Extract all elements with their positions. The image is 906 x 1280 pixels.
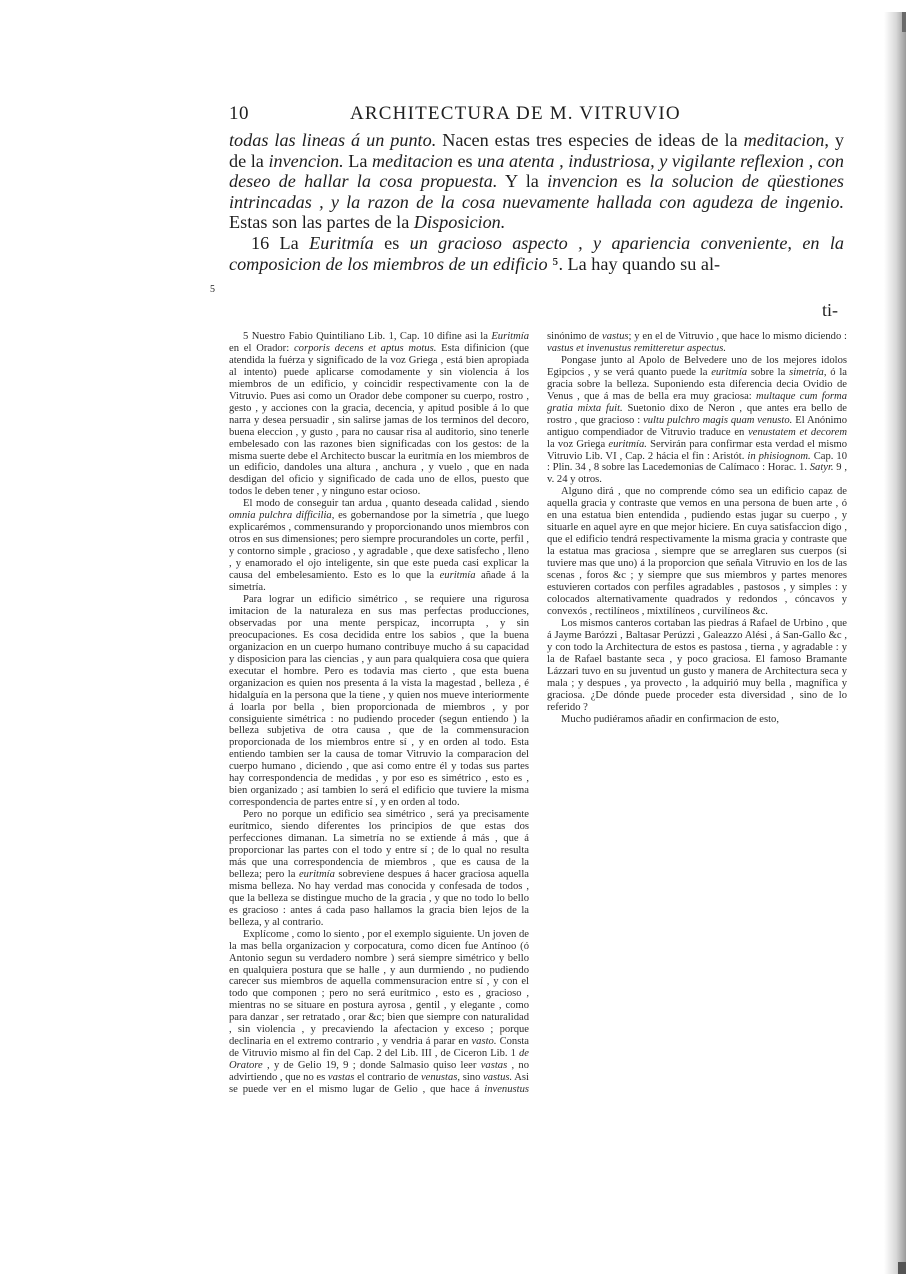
footnote-paragraph: 5 Nuestro Fabio Quintiliano Lib. 1, Cap.… <box>229 331 529 498</box>
page-number: 10 <box>229 103 249 125</box>
footnote-paragraph: Para lograr un edificio simétrico , se r… <box>229 594 529 809</box>
footnote-paragraph: Los mismos canteros cortaban las piedras… <box>547 618 847 714</box>
main-paragraph-16: 16 La Euritmía es un gracioso aspecto , … <box>229 233 844 274</box>
main-paragraph-continuation: todas las lineas á un punto. Nacen estas… <box>229 130 844 233</box>
footnote-paragraph: El modo de conseguir tan ardua , quanto … <box>229 498 529 594</box>
page-edge-mark <box>898 1262 906 1274</box>
catch-word: ti- <box>822 300 838 321</box>
footnote-paragraph: Pongase junto al Apolo de Belvedere uno … <box>547 355 847 486</box>
footnote-paragraph: Alguno dirá , que no comprende cómo sea … <box>547 486 847 617</box>
footnote-paragraph: Pero no porque un edificio sea simétrico… <box>229 809 529 929</box>
page-binding-shadow <box>884 12 906 1274</box>
main-text: todas las lineas á un punto. Nacen estas… <box>229 130 844 274</box>
footnote-paragraph: Mucho pudiéramos añadir en confirmacion … <box>547 714 847 726</box>
margin-note-marker: 5 <box>210 284 215 295</box>
running-head: 10 ARCHITECTURA DE M. VITRUVIO <box>229 103 844 129</box>
footnote-block: 5 Nuestro Fabio Quintiliano Lib. 1, Cap.… <box>229 331 847 1096</box>
running-title: ARCHITECTURA DE M. VITRUVIO <box>350 103 681 125</box>
